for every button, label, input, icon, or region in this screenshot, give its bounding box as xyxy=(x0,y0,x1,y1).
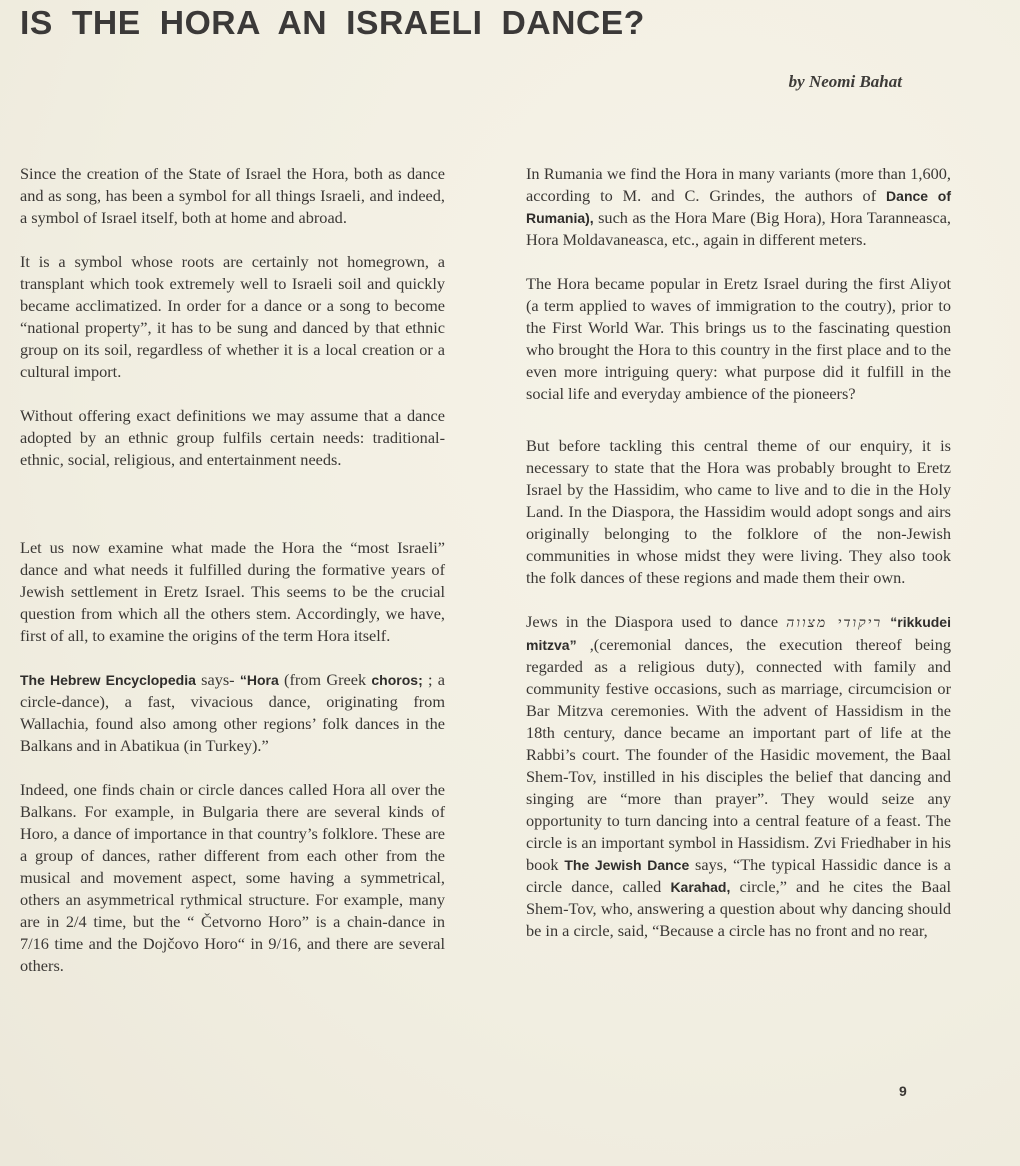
term-karahad: Karahad, xyxy=(670,879,730,895)
paragraph: It is a symbol whose roots are certainly… xyxy=(20,251,445,383)
paragraph: In Rumania we find the Hora in many vari… xyxy=(526,163,951,251)
author-byline: by Neomi Bahat xyxy=(789,72,902,92)
term-hora: “Hora xyxy=(240,672,279,688)
term-choros: choros; xyxy=(371,672,422,688)
paragraph-hassidic-dance: Jews in the Diaspora used to dance ריקוד… xyxy=(526,611,951,942)
right-column: In Rumania we find the Hora in many vari… xyxy=(526,163,951,942)
source-title: The Hebrew Encyclopedia xyxy=(20,672,196,688)
paragraph-encyclopedia-quote: The Hebrew Encyclopedia says- “Hora (fro… xyxy=(20,669,445,757)
page-number: 9 xyxy=(899,1083,907,1099)
paragraph: But before tackling this central theme o… xyxy=(526,435,951,589)
book-title: The Jewish Dance xyxy=(564,857,689,873)
paragraph: Without offering exact definitions we ma… xyxy=(20,405,445,471)
magazine-page: IS THE HORA AN ISRAELI DANCE? by Neomi B… xyxy=(0,0,1020,1166)
hebrew-term: ריקודי מצווה xyxy=(786,615,882,631)
left-column: Since the creation of the State of Israe… xyxy=(20,163,445,977)
paragraph: Since the creation of the State of Israe… xyxy=(20,163,445,229)
paragraph: Let us now examine what made the Hora th… xyxy=(20,537,445,647)
article-title: IS THE HORA AN ISRAELI DANCE? xyxy=(20,4,645,42)
paragraph: Indeed, one finds chain or circle dances… xyxy=(20,779,445,977)
paragraph: The Hora became popular in Eretz Israel … xyxy=(526,273,951,405)
